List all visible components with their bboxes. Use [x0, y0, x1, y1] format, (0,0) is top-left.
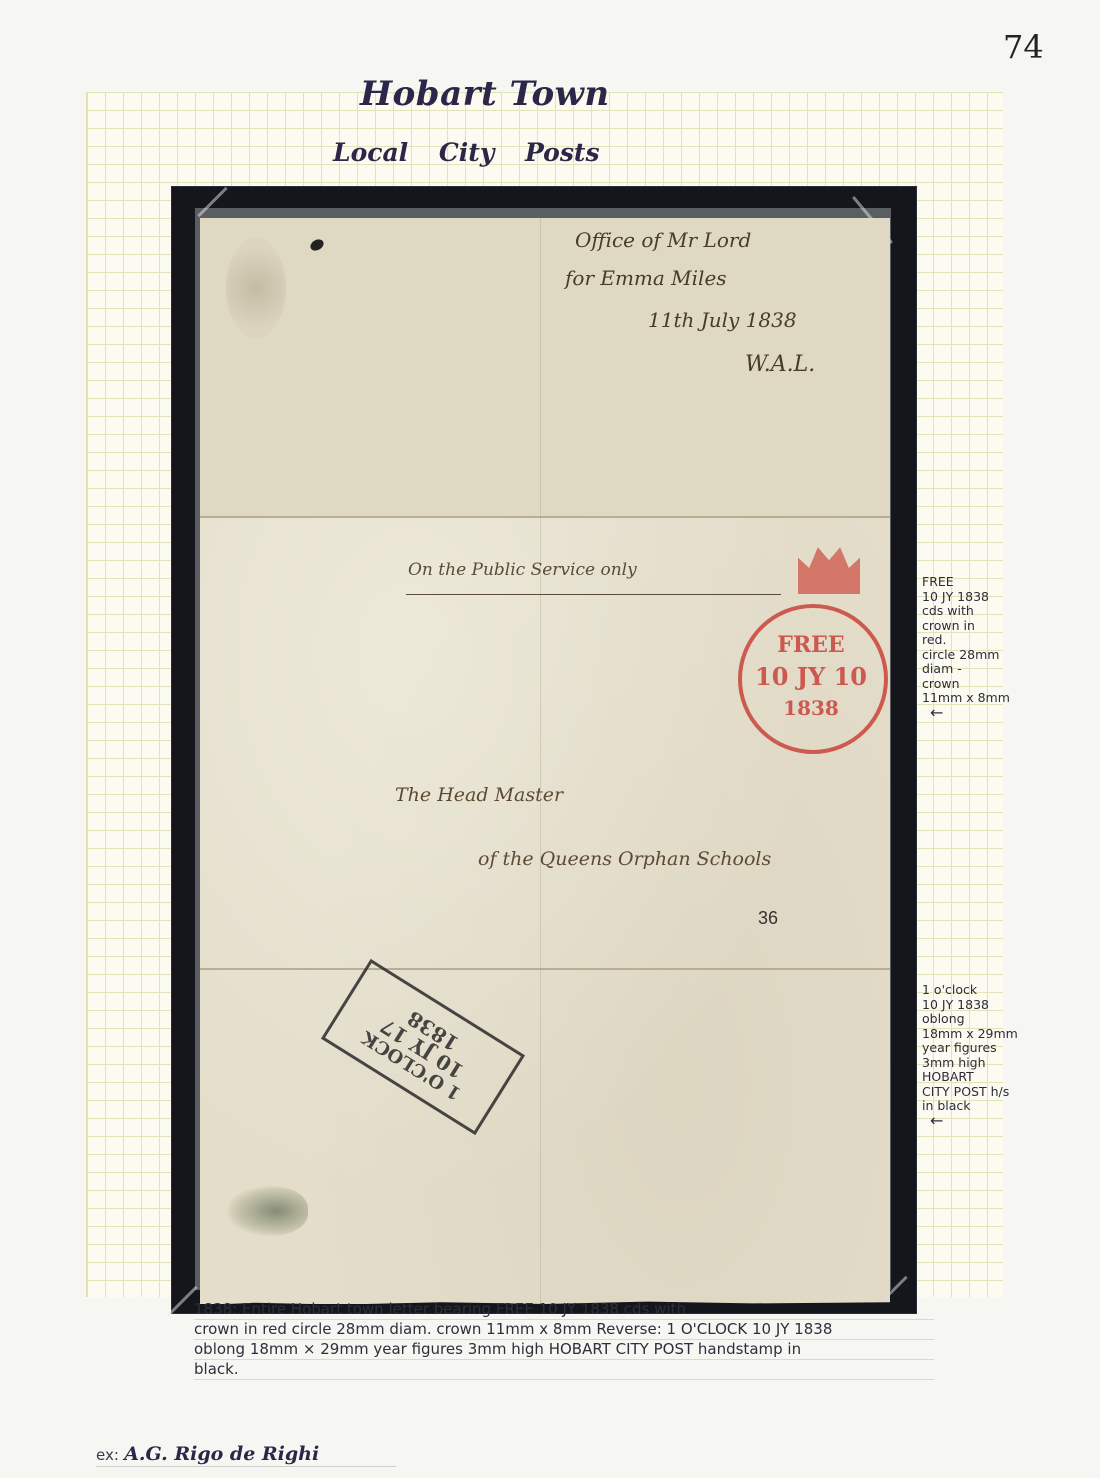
note-line: year figures	[922, 1041, 1018, 1056]
seal-stain	[228, 1186, 308, 1236]
free-cds-stamp: FREE 10 JY 10 1838	[738, 604, 888, 754]
margin-note-oclock: 1 o'clock 10 JY 1838 oblong 18mm x 29mm …	[922, 983, 1018, 1128]
page-subtitle: Local City Posts	[333, 138, 600, 167]
fold-line-vertical	[540, 218, 541, 1304]
caption-line: oblong 18mm × 29mm year figures 3mm high…	[194, 1340, 934, 1360]
stamp-text: 10 JY 10	[738, 662, 884, 691]
endorsement: On the Public Service only	[408, 560, 637, 580]
page-number: 74	[1003, 28, 1044, 66]
note-line: crown	[922, 677, 1010, 692]
address-line: of the Queens Orphan Schools	[478, 848, 771, 870]
caption-line: black.	[194, 1360, 934, 1380]
stamp-text: 1838	[738, 696, 884, 720]
address-line: The Head Master	[395, 784, 563, 806]
note-line: 18mm x 29mm	[922, 1027, 1018, 1042]
margin-note-free: FREE 10 JY 1838 cds with crown in red. c…	[922, 575, 1010, 720]
note-line: diam -	[922, 662, 1010, 677]
fold-line	[200, 516, 890, 518]
note-line: cds with	[922, 604, 1010, 619]
note-line: 10 JY 1838	[922, 590, 1010, 605]
endorsement-underline	[406, 594, 781, 595]
stamp-text: FREE	[738, 632, 884, 658]
provenance-name: A.G. Rigo de Righi	[124, 1443, 319, 1465]
note-line: HOBART	[922, 1070, 1018, 1085]
note-line: FREE	[922, 575, 1010, 590]
provenance-prefix: ex:	[96, 1446, 119, 1464]
wax-seal-mark	[226, 238, 286, 338]
docket-line: for Emma Miles	[565, 266, 727, 290]
caption-line: crown in red circle 28mm diam. crown 11m…	[194, 1320, 934, 1340]
left-arrow-icon: ←	[930, 1114, 1018, 1129]
pencil-number: 36	[758, 908, 778, 929]
description-caption: 1838: Entire Hobart town letter bearing …	[194, 1300, 934, 1380]
docket-line: 11th July 1838	[648, 308, 797, 332]
docket-line: Office of Mr Lord	[575, 228, 751, 252]
note-line: circle 28mm	[922, 648, 1010, 663]
provenance: ex: A.G. Rigo de Righi	[96, 1443, 396, 1467]
fold-line	[200, 968, 890, 970]
note-line: oblong	[922, 1012, 1018, 1027]
entire-letter	[200, 218, 890, 1304]
note-line: 1 o'clock	[922, 983, 1018, 998]
page-title: Hobart Town	[360, 74, 610, 114]
caption-line: 1838: Entire Hobart town letter bearing …	[194, 1300, 934, 1320]
note-line: 3mm high	[922, 1056, 1018, 1071]
note-line: 10 JY 1838	[922, 998, 1018, 1013]
note-line: crown in	[922, 619, 1010, 634]
docket-signature: W.A.L.	[745, 352, 815, 377]
left-arrow-icon: ←	[930, 706, 1010, 721]
note-line: CITY POST h/s	[922, 1085, 1018, 1100]
note-line: red.	[922, 633, 1010, 648]
